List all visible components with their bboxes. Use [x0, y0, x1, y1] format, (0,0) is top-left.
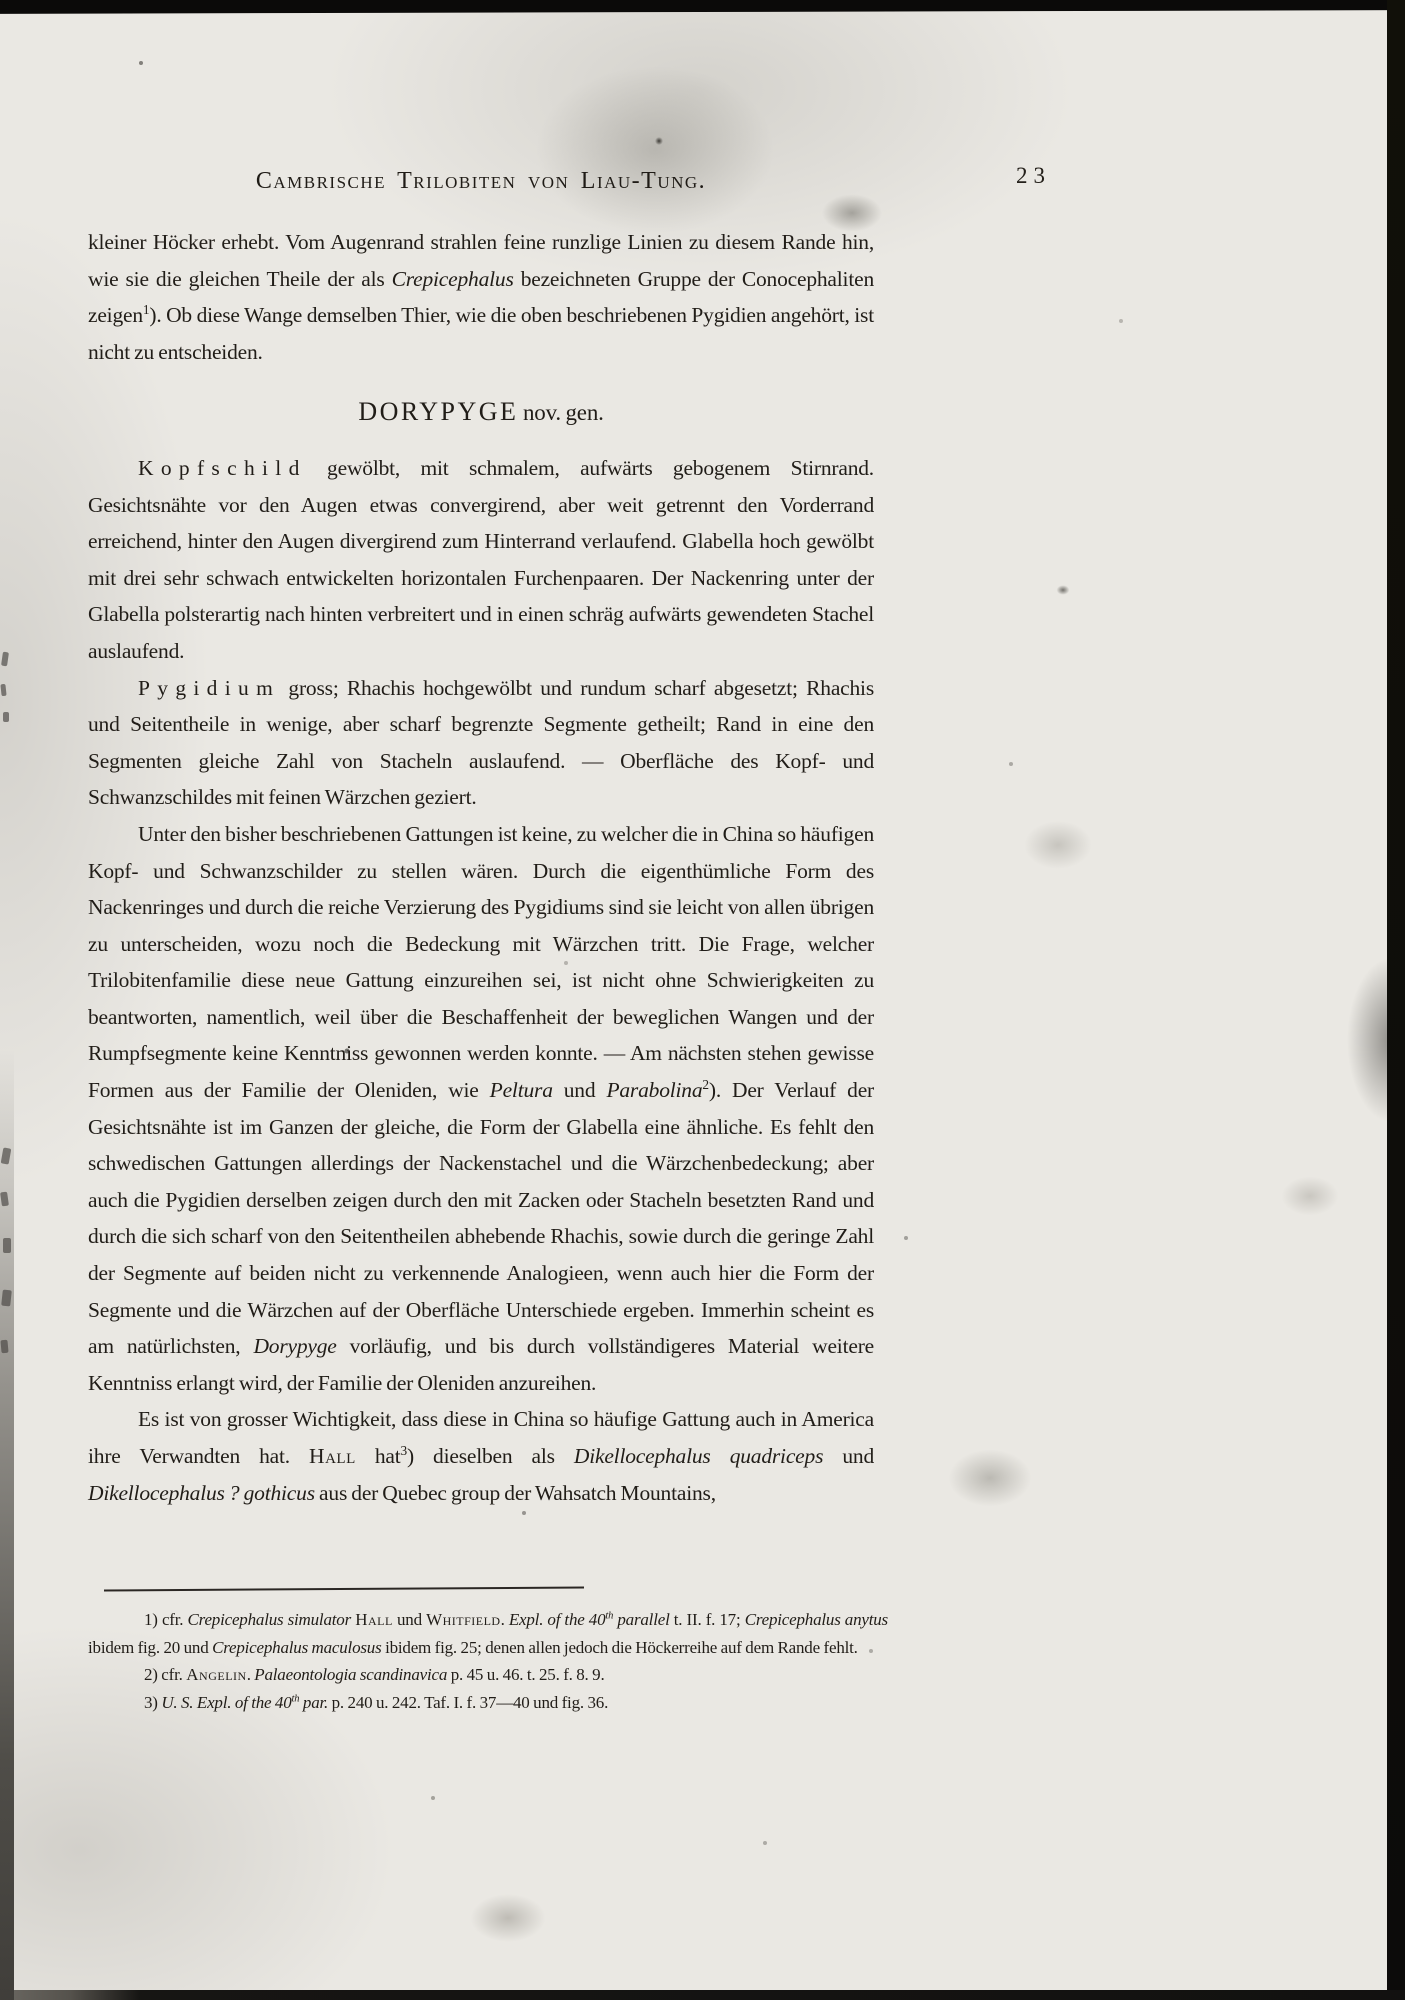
text-segment: ibidem fig. 20 und [88, 1638, 212, 1657]
text-segment: Expl. of the 40 [509, 1610, 606, 1629]
text-segment: und [393, 1610, 426, 1629]
text-segment: Kopfschild [138, 456, 307, 480]
text-segment: und [553, 1078, 607, 1102]
text-segment: ) dieselben als [407, 1444, 574, 1468]
text-segment: Whitfield [426, 1610, 501, 1629]
scanned-page: Cambrische Trilobiten von Liau-Tung. 23 … [0, 0, 1405, 2000]
text-segment: Crepicephalus anytus [745, 1610, 888, 1629]
text-segment: Unter den bisher beschriebenen Gattungen… [88, 822, 874, 1102]
text-segment: aus der Quebec group der Wahsatch Mounta… [315, 1481, 716, 1505]
scan-edge-right [1387, 0, 1405, 2000]
text-segment: p. 45 u. 46. t. 25. f. 8. 9. [447, 1665, 604, 1684]
scan-edge-bottom [0, 1990, 1405, 2000]
footnote: 3) U. S. Expl. of the 40th par. p. 240 u… [88, 1689, 888, 1717]
text-segment: Pygidium [138, 676, 280, 700]
text-segment: Dikellocephalus ? gothicus [88, 1481, 315, 1505]
text-segment: Crepicephalus [392, 267, 514, 291]
footnotes: 1) cfr. Crepicephalus simulator Hall und… [88, 1606, 888, 1716]
text-segment: Hall [355, 1610, 393, 1629]
paragraph: Pygidium gross; Rhachis hochgewölbt und … [88, 670, 874, 816]
margin-pen-mark [0, 1340, 8, 1354]
paragraph: Unter den bisher beschriebenen Gattungen… [88, 816, 874, 1402]
text-segment: Peltura [490, 1078, 553, 1102]
text-segment: Crepicephalus maculosus [212, 1638, 381, 1657]
margin-pen-mark [3, 712, 9, 722]
genus-name: DORYPYGE [358, 397, 518, 426]
description-paragraphs: Kopfschild gewölbt, mit schmalem, aufwär… [88, 450, 874, 1511]
heading-suffix: nov. gen. [518, 400, 603, 425]
text-segment: ibidem fig. 25; denen allen jedoch die H… [382, 1638, 858, 1657]
text-segment: ). Der Verlauf der Gesichtsnähte ist im … [88, 1078, 874, 1358]
text-segment: Dikellocephalus quadriceps [574, 1444, 823, 1468]
text-segment: 3) [144, 1693, 161, 1712]
text-segment: par. [299, 1693, 328, 1712]
text-segment: hat [356, 1444, 401, 1468]
text-segment: 2) cfr. [144, 1665, 186, 1684]
text-segment: ). Ob diese Wange demselben Thier, wie d… [88, 303, 874, 364]
margin-pen-mark [1, 1290, 12, 1307]
text-segment: Palaeontologia scandinavica [254, 1665, 447, 1684]
text-segment: U. S. Expl. of the 40 [161, 1693, 291, 1712]
paragraph: Es ist von grosser Wichtigkeit, dass die… [88, 1401, 874, 1511]
text-segment: t. II. f. 17; [670, 1610, 745, 1629]
paragraph: Kopfschild gewölbt, mit schmalem, aufwär… [88, 450, 874, 670]
text-segment: Crepicephalus simulator [188, 1610, 351, 1629]
section-heading: DORYPYGE nov. gen. [88, 394, 874, 432]
text-segment: Dorypyge [253, 1334, 336, 1358]
text-segment: parallel [613, 1610, 669, 1629]
text-segment: und [823, 1444, 874, 1468]
text-segment: Hall [309, 1444, 356, 1468]
text-segment: Angelin [186, 1665, 246, 1684]
running-head-title: Cambrische Trilobiten von Liau-Tung. [88, 168, 874, 195]
footnote: 2) cfr. Angelin. Palaeontologia scandina… [88, 1661, 888, 1689]
footnote-block: 1) cfr. Crepicephalus simulator Hall und… [88, 1588, 888, 1716]
footnote: 1) cfr. Crepicephalus simulator Hall und… [88, 1606, 888, 1661]
intro-paragraph: kleiner Höcker erhebt. Vom Augenrand str… [88, 224, 874, 370]
text-segment: gewölbt, mit schmalem, aufwärts gebogene… [88, 456, 874, 663]
text-segment: 1) cfr. [144, 1610, 188, 1629]
text-segment: p. 240 u. 242. Taf. I. f. 37—40 und fig.… [328, 1693, 608, 1712]
body-text: kleiner Höcker erhebt. Vom Augenrand str… [88, 224, 874, 1511]
page-number: 23 [1016, 163, 1051, 189]
footnote-rule [104, 1587, 584, 1592]
text-segment: . [501, 1610, 509, 1629]
text-segment: Parabolina [606, 1078, 702, 1102]
margin-pen-mark [3, 1238, 11, 1253]
